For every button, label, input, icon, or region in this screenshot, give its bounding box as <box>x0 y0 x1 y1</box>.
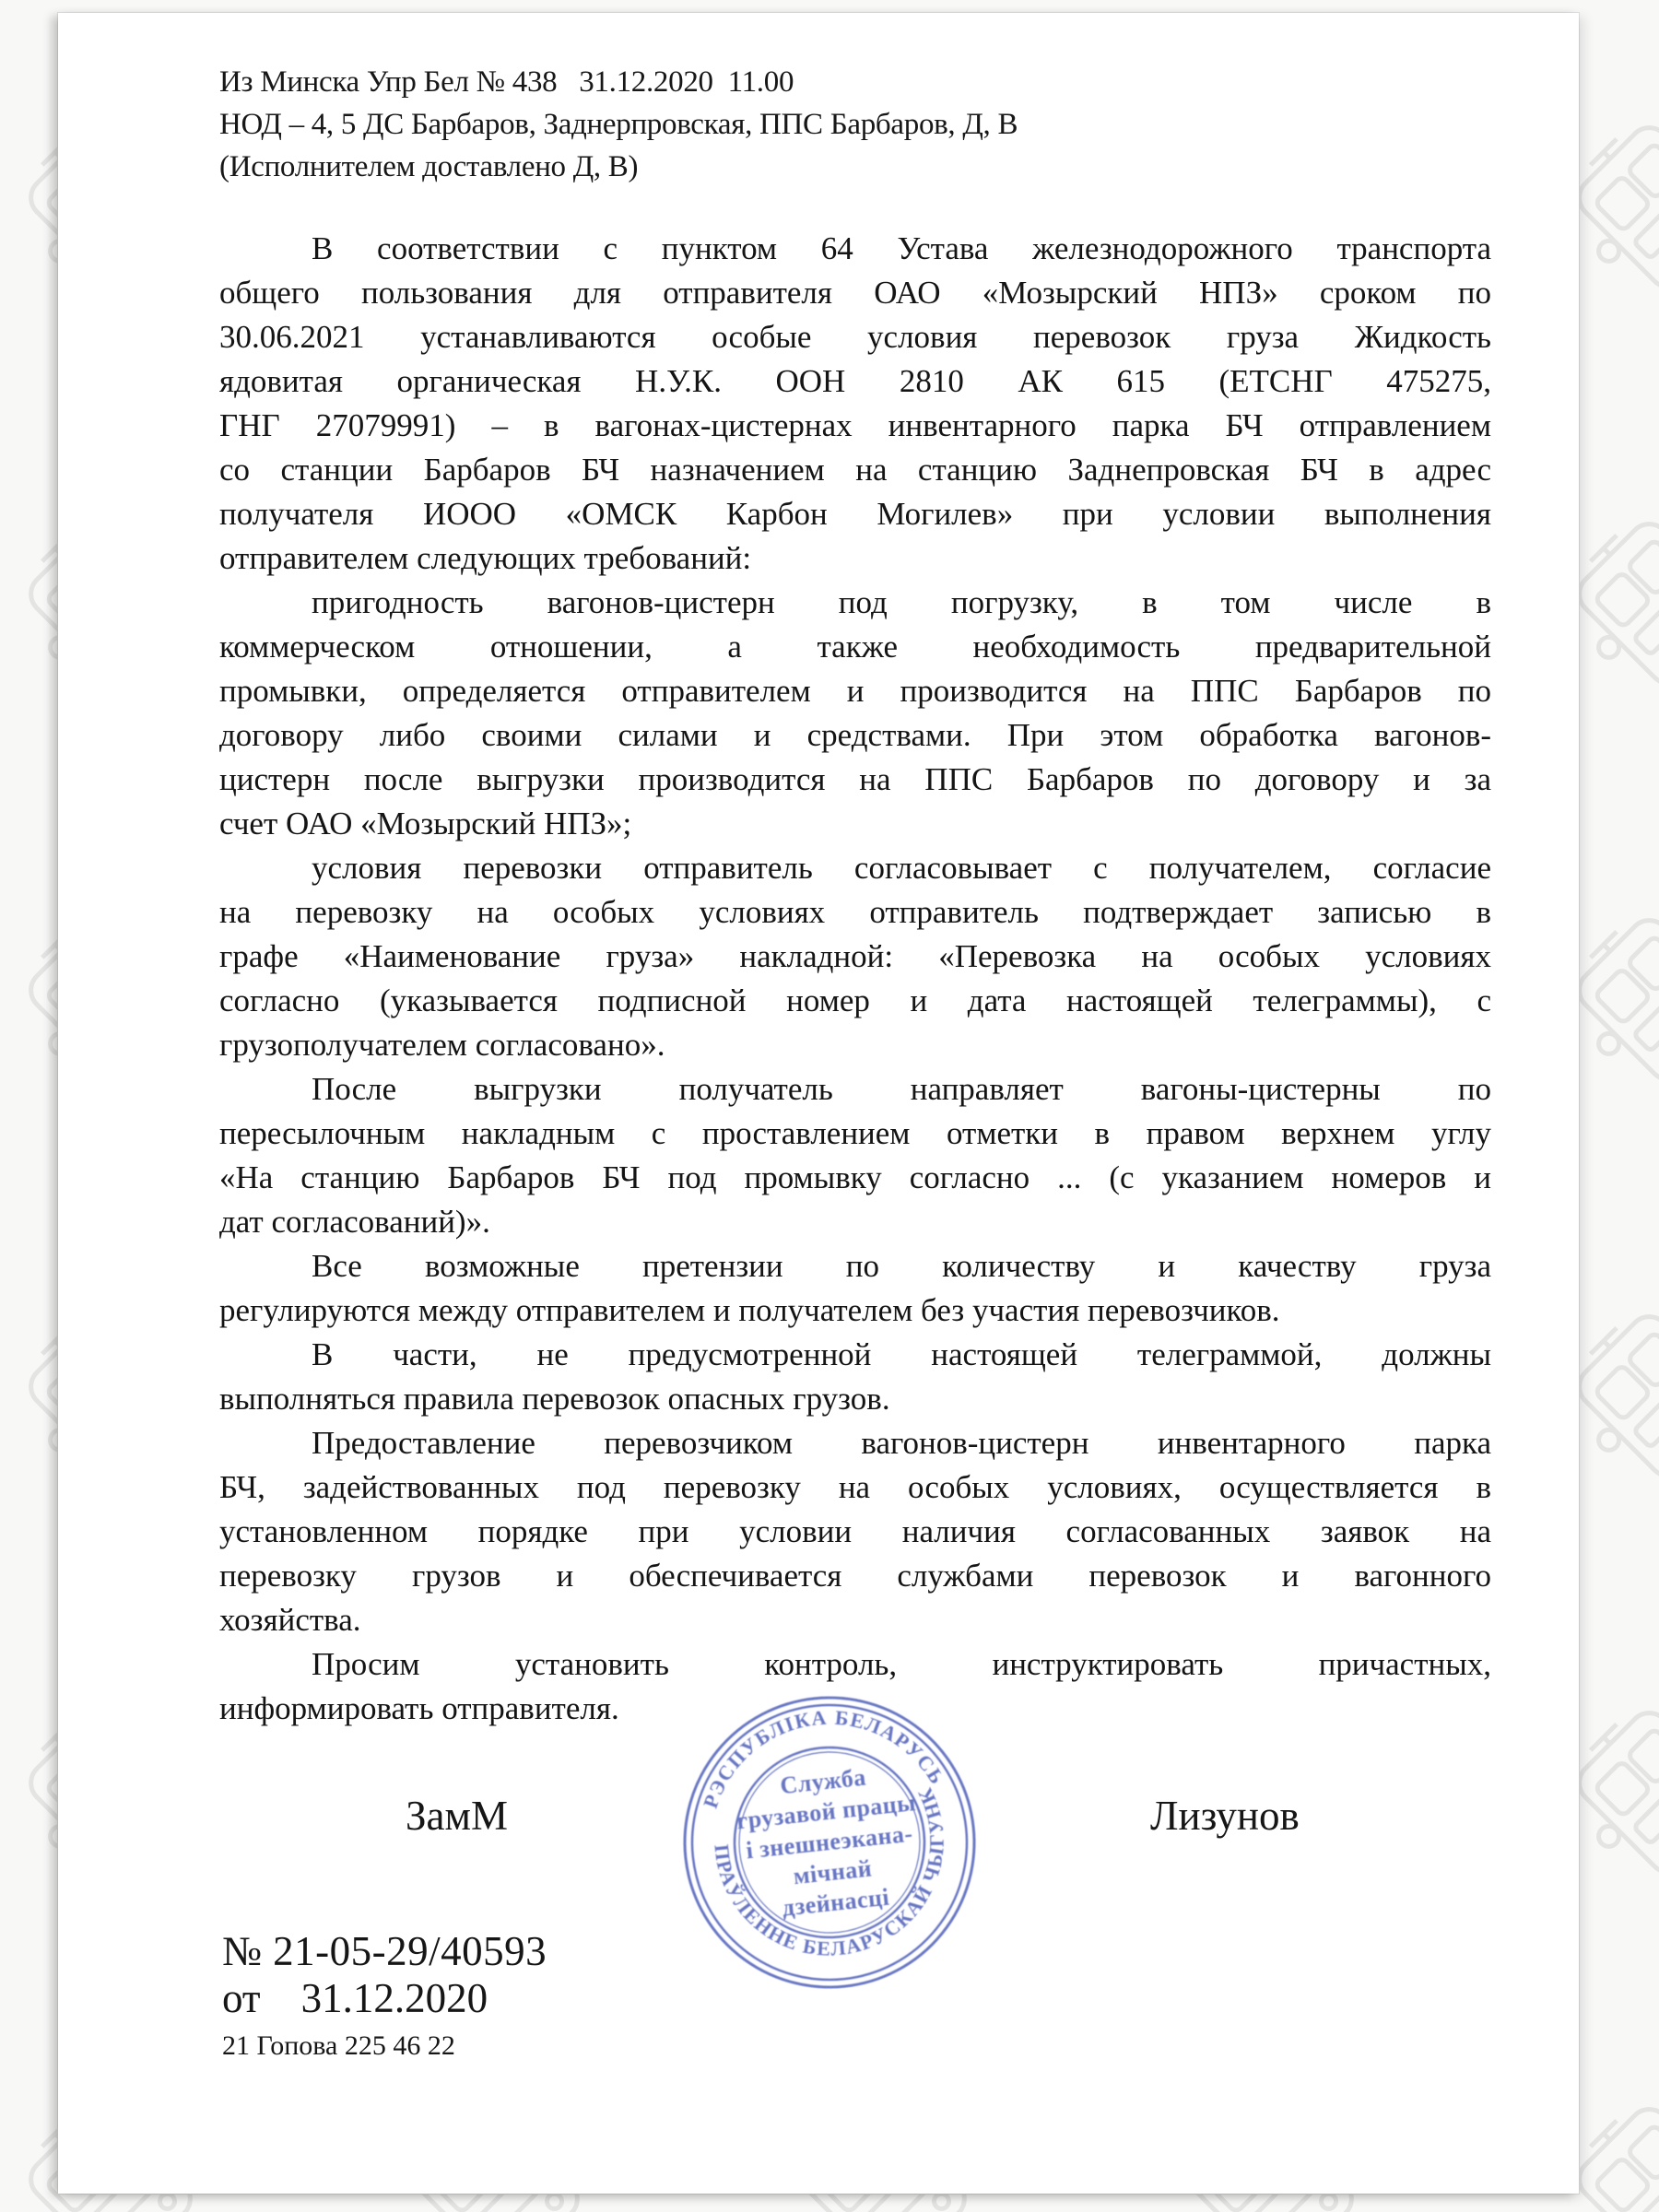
executor-line: 21 Гопова 225 46 22 <box>222 2030 547 2063</box>
paragraph-line: отправителем следующих требований: <box>219 536 1491 581</box>
paragraph-line: ГНГ 27079991) – в вагонах-цистернах инве… <box>219 404 1491 448</box>
stamp-center-line-4: мічнай <box>792 1854 873 1889</box>
stamp-center-line-1: Служба <box>779 1764 867 1800</box>
paragraph-line: промывки, определяется отправителем и пр… <box>219 669 1491 713</box>
document-body: В соответствии с пунктом 64 Устава желез… <box>219 227 1491 1731</box>
paragraph: условия перевозки отправитель согласовыв… <box>219 846 1491 1067</box>
paragraph-line: цистерн после выгрузки производится на П… <box>219 758 1491 802</box>
paragraph-line: хозяйства. <box>219 1598 1491 1642</box>
paragraph-line: на перевозку на особых условиях отправит… <box>219 890 1491 935</box>
paragraph-line: выполняться правила перевозок опасных гр… <box>219 1377 1491 1421</box>
paragraph-line: грузополучателем согласовано». <box>219 1023 1491 1067</box>
signature-name: Лизунов <box>1150 1792 1300 1840</box>
paragraph-line: регулируются между отправителем и получа… <box>219 1288 1491 1333</box>
paragraph: пригодность вагонов-цистерн под погрузку… <box>219 581 1491 846</box>
paragraph: После выгрузки получатель направляет ваг… <box>219 1067 1491 1244</box>
paragraph-line: Предоставление перевозчиком вагонов-цист… <box>219 1421 1491 1465</box>
paragraph-line: После выгрузки получатель направляет ваг… <box>219 1067 1491 1112</box>
paragraph-line: В части, не предусмотренной настоящей те… <box>219 1333 1491 1377</box>
date-label: от <box>222 1974 261 2022</box>
telegram-header: Из Минска Упр Бел № 438 31.12.2020 11.00… <box>219 61 1510 188</box>
paragraph-line: пригодность вагонов-цистерн под погрузку… <box>219 581 1491 625</box>
registration-date-line: от 31.12.2020 <box>222 1974 547 2022</box>
paragraph-line: «На станцию Барбаров БЧ под промывку сог… <box>219 1156 1491 1200</box>
paragraph: Все возможные претензии по количеству и … <box>219 1244 1491 1333</box>
paragraph-line: со станции Барбаров БЧ назначением на ст… <box>219 448 1491 492</box>
header-origin-line: Из Минска Упр Бел № 438 31.12.2020 11.00 <box>219 61 1510 103</box>
document-page: Из Минска Упр Бел № 438 31.12.2020 11.00… <box>58 13 1579 2194</box>
paragraph-line: установленном порядке при условии наличи… <box>219 1510 1491 1554</box>
paragraph: В части, не предусмотренной настоящей те… <box>219 1333 1491 1421</box>
registration-date: 31.12.2020 <box>301 1974 488 2022</box>
paragraph-line: получателя ИООО «ОМСК Карбон Могилев» пр… <box>219 492 1491 536</box>
round-stamp-seal: * РЭСПУБЛІКА БЕЛАРУСЬ * УПРАЎЛЕННЕ БЕЛАР… <box>647 1660 1012 2025</box>
registration-number: № 21-05-29/40593 <box>222 1928 547 1974</box>
signature-position-label: ЗамМ <box>406 1792 508 1840</box>
paragraph-line: Все возможные претензии по количеству и … <box>219 1244 1491 1288</box>
paragraph-line: счет ОАО «Мозырский НПЗ»; <box>219 802 1491 846</box>
header-addressees-line: НОД – 4, 5 ДС Барбаров, Заднерпровская, … <box>219 103 1510 146</box>
paragraph: В соответствии с пунктом 64 Устава желез… <box>219 227 1491 581</box>
paragraph-line: 30.06.2021 устанавливаются особые услови… <box>219 315 1491 359</box>
paragraph-line: договору либо своими силами и средствами… <box>219 713 1491 758</box>
paragraph: Предоставление перевозчиком вагонов-цист… <box>219 1421 1491 1642</box>
paragraph-line: коммерческом отношении, а также необходи… <box>219 625 1491 669</box>
paragraph-line: перевозку грузов и обеспечивается служба… <box>219 1554 1491 1598</box>
paragraph-line: условия перевозки отправитель согласовыв… <box>219 846 1491 890</box>
paragraph-line: БЧ, задействованных под перевозку на осо… <box>219 1465 1491 1510</box>
registration-footer: № 21-05-29/40593 от 31.12.2020 21 Гопова… <box>222 1928 547 2063</box>
paragraph-line: графе «Наименование груза» накладной: «П… <box>219 935 1491 979</box>
header-delivery-note: (Исполнителем доставлено Д, В) <box>219 146 1510 188</box>
scanned-telegram-screenshot: { "document": { "header_lines": [ "Из Ми… <box>0 0 1659 2212</box>
paragraph-line: В соответствии с пунктом 64 Устава желез… <box>219 227 1491 271</box>
paragraph-line: согласно (указывается подписной номер и … <box>219 979 1491 1023</box>
paragraph-line: ядовитая органическая Н.У.К. ООН 2810 АК… <box>219 359 1491 404</box>
paragraph-line: общего пользования для отправителя ОАО «… <box>219 271 1491 315</box>
paragraph-line: пересылочным накладным с проставлением о… <box>219 1112 1491 1156</box>
paragraph-line: дат согласований)». <box>219 1200 1491 1244</box>
